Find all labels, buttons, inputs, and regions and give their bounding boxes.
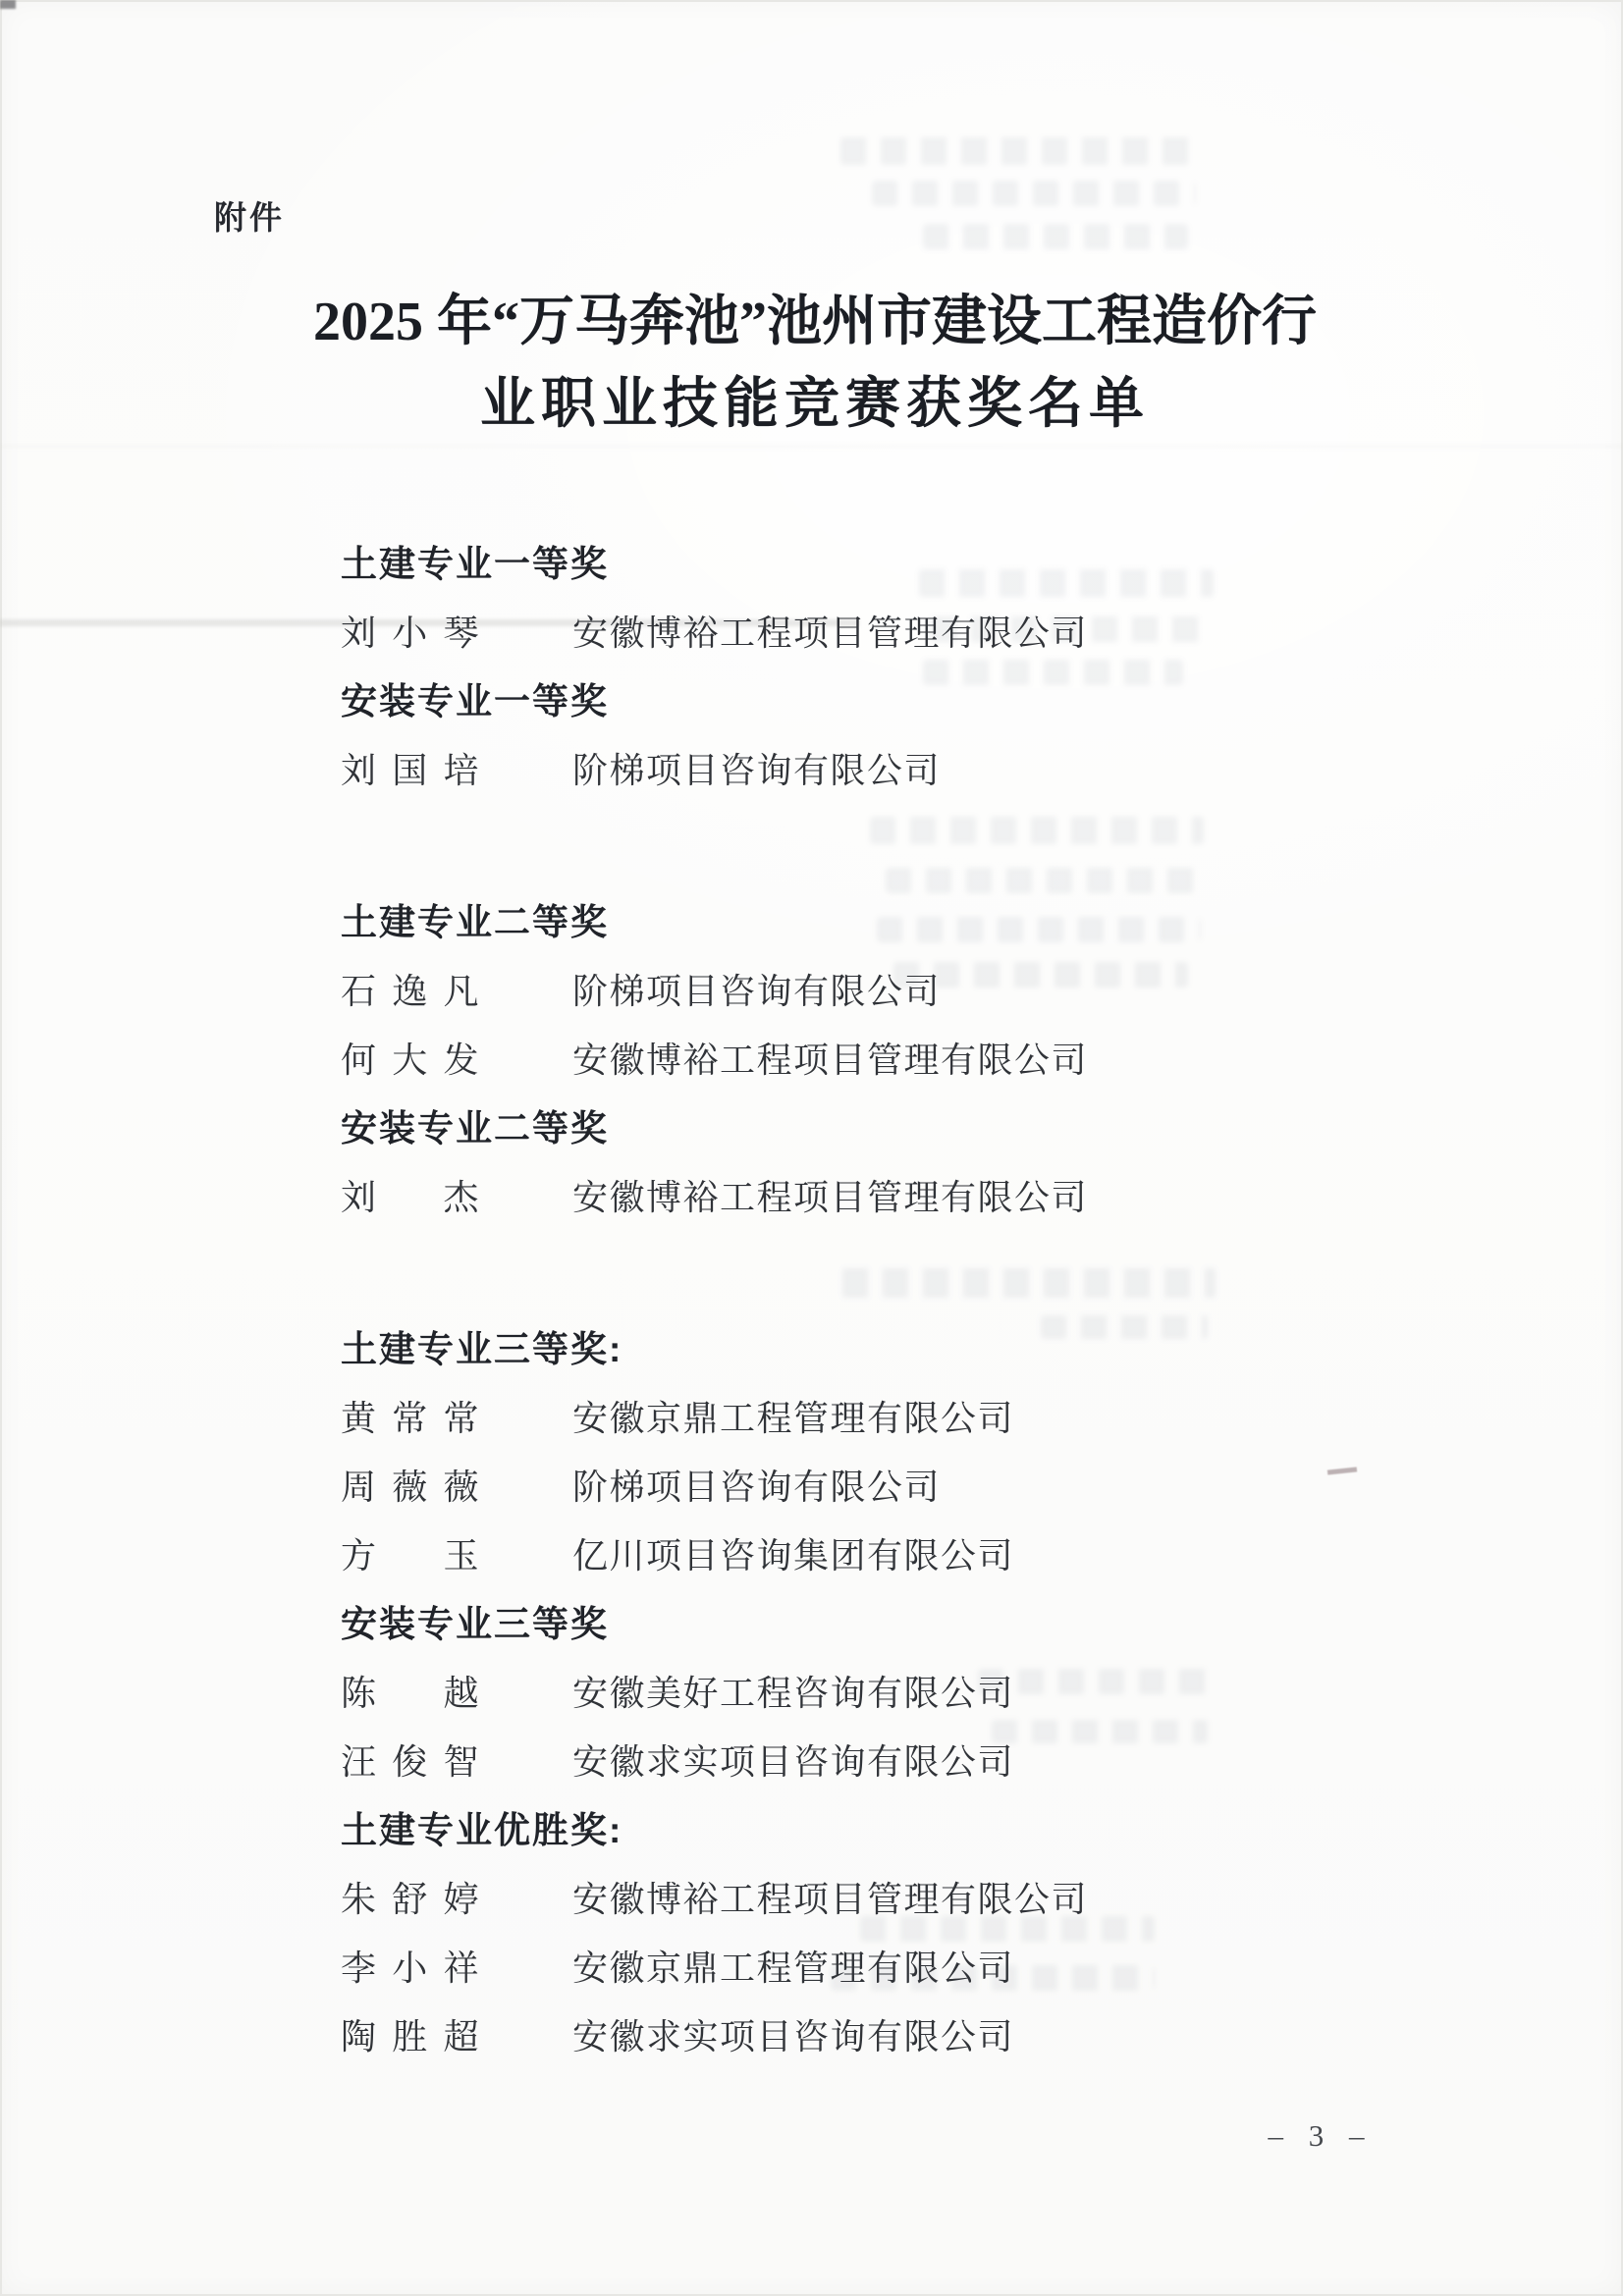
winner-name: 石逸凡 bbox=[341, 957, 480, 1026]
winner-company: 安徽京鼎工程管理有限公司 bbox=[572, 1934, 1014, 2002]
winner-name: 刘小琴 bbox=[341, 599, 480, 667]
winner-row: 方 玉 亿川项目咨询集团有限公司 bbox=[341, 1522, 1372, 1590]
winner-name: 黄常常 bbox=[341, 1384, 480, 1453]
winner-company: 亿川项目咨询集团有限公司 bbox=[572, 1522, 1014, 1590]
winner-row: 李小祥 安徽京鼎工程管理有限公司 bbox=[341, 1934, 1372, 2002]
winner-row: 汪俊智 安徽求实项目咨询有限公司 bbox=[341, 1728, 1372, 1796]
winner-company: 安徽求实项目咨询有限公司 bbox=[572, 2002, 1014, 2071]
winner-row: 刘 杰 安徽博裕工程项目管理有限公司 bbox=[341, 1163, 1372, 1232]
winner-row: 何大发 安徽博裕工程项目管理有限公司 bbox=[341, 1026, 1372, 1095]
section-heading: 土建专业二等奖 bbox=[341, 888, 1372, 957]
section-installation-second-prize: 安装专业二等奖 刘 杰 安徽博裕工程项目管理有限公司 bbox=[341, 1095, 1372, 1232]
winner-name: 方 玉 bbox=[341, 1522, 480, 1590]
section-installation-third-prize: 安装专业三等奖 陈 越 安徽美好工程咨询有限公司 汪俊智 安徽求实项目咨询有限公… bbox=[341, 1590, 1372, 1796]
winner-company: 安徽博裕工程项目管理有限公司 bbox=[572, 1026, 1088, 1095]
section-heading: 土建专业一等奖 bbox=[341, 530, 1372, 599]
winner-name: 陈 越 bbox=[341, 1659, 480, 1728]
winner-row: 朱舒婷 安徽博裕工程项目管理有限公司 bbox=[341, 1865, 1372, 1934]
winner-company: 安徽博裕工程项目管理有限公司 bbox=[572, 1865, 1088, 1934]
winner-name: 李小祥 bbox=[341, 1934, 480, 2002]
winner-name: 刘 杰 bbox=[341, 1163, 480, 1232]
award-list: 土建专业一等奖 刘小琴 安徽博裕工程项目管理有限公司 安装专业一等奖 刘国培 阶… bbox=[341, 530, 1372, 2071]
section-civil-merit-prize: 土建专业优胜奖: 朱舒婷 安徽博裕工程项目管理有限公司 李小祥 安徽京鼎工程管理… bbox=[341, 1796, 1372, 2071]
section-civil-first-prize: 土建专业一等奖 刘小琴 安徽博裕工程项目管理有限公司 bbox=[341, 530, 1372, 667]
section-civil-third-prize: 土建专业三等奖: 黄常常 安徽京鼎工程管理有限公司 周薇薇 阶梯项目咨询有限公司… bbox=[341, 1315, 1372, 1590]
page-number: – 3 – bbox=[1222, 2118, 1419, 2154]
section-civil-second-prize: 土建专业二等奖 石逸凡 阶梯项目咨询有限公司 何大发 安徽博裕工程项目管理有限公… bbox=[341, 888, 1372, 1095]
winner-company: 阶梯项目咨询有限公司 bbox=[572, 1453, 941, 1522]
section-installation-first-prize: 安装专业一等奖 刘国培 阶梯项目咨询有限公司 bbox=[341, 667, 1372, 805]
winner-name: 陶胜超 bbox=[341, 2002, 480, 2071]
winner-row: 石逸凡 阶梯项目咨询有限公司 bbox=[341, 957, 1372, 1026]
winner-name: 何大发 bbox=[341, 1026, 480, 1095]
scanned-document-page: 附件 2025 年“万马奔池”池州市建设工程造价行 业职业技能竞赛获奖名单 土建… bbox=[0, 0, 1623, 2296]
winner-row: 刘国培 阶梯项目咨询有限公司 bbox=[341, 736, 1372, 805]
winner-name: 周薇薇 bbox=[341, 1453, 480, 1522]
winner-company: 安徽美好工程咨询有限公司 bbox=[572, 1659, 1014, 1728]
winner-company: 安徽京鼎工程管理有限公司 bbox=[572, 1384, 1014, 1453]
winner-row: 陶胜超 安徽求实项目咨询有限公司 bbox=[341, 2002, 1372, 2071]
section-heading: 安装专业一等奖 bbox=[341, 667, 1372, 736]
winner-name: 刘国培 bbox=[341, 736, 480, 805]
winner-row: 黄常常 安徽京鼎工程管理有限公司 bbox=[341, 1384, 1372, 1453]
document-title-line2: 业职业技能竞赛获奖名单 bbox=[147, 363, 1483, 446]
bleedthrough-artifact bbox=[872, 181, 1196, 206]
winner-row: 陈 越 安徽美好工程咨询有限公司 bbox=[341, 1659, 1372, 1728]
attachment-label: 附件 bbox=[214, 192, 285, 239]
winner-company: 阶梯项目咨询有限公司 bbox=[572, 957, 941, 1026]
section-heading: 土建专业优胜奖: bbox=[341, 1796, 1372, 1865]
section-heading: 安装专业二等奖 bbox=[341, 1095, 1372, 1163]
winner-company: 安徽博裕工程项目管理有限公司 bbox=[572, 599, 1088, 667]
section-heading: 安装专业三等奖 bbox=[341, 1590, 1372, 1659]
winner-company: 阶梯项目咨询有限公司 bbox=[572, 736, 941, 805]
winner-row: 刘小琴 安徽博裕工程项目管理有限公司 bbox=[341, 599, 1372, 667]
document-title: 2025 年“万马奔池”池州市建设工程造价行 业职业技能竞赛获奖名单 bbox=[147, 281, 1483, 446]
winner-name: 朱舒婷 bbox=[341, 1865, 480, 1934]
section-heading: 土建专业三等奖: bbox=[341, 1315, 1372, 1384]
winner-company: 安徽求实项目咨询有限公司 bbox=[572, 1728, 1014, 1796]
bleedthrough-artifact bbox=[923, 224, 1188, 249]
bleedthrough-artifact bbox=[840, 137, 1194, 165]
winner-name: 汪俊智 bbox=[341, 1728, 480, 1796]
document-title-line1: 2025 年“万马奔池”池州市建设工程造价行 bbox=[147, 281, 1483, 363]
winner-company: 安徽博裕工程项目管理有限公司 bbox=[572, 1163, 1088, 1232]
winner-row: 周薇薇 阶梯项目咨询有限公司 bbox=[341, 1453, 1372, 1522]
scan-corner-speck bbox=[0, 0, 16, 9]
